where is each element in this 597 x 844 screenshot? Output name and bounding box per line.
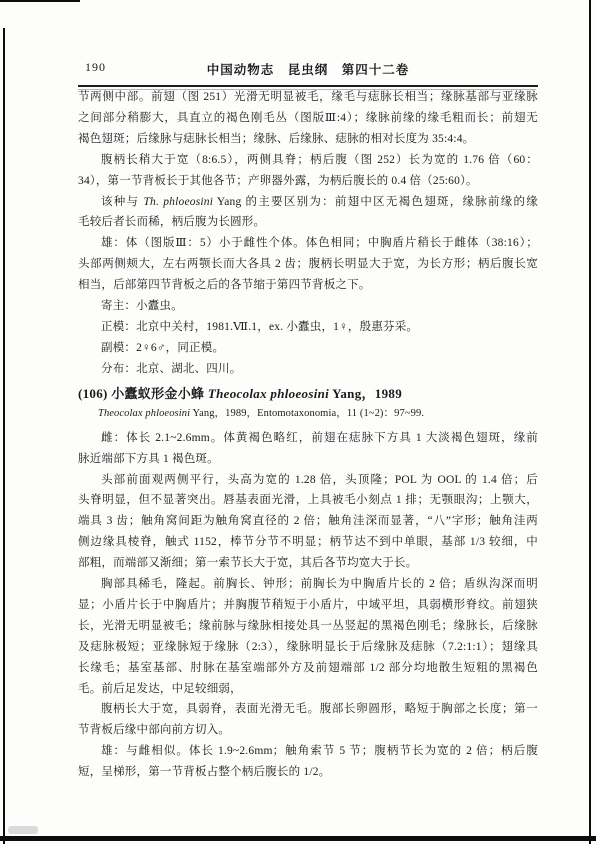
text-line: 褐色翅斑；后缘脉与痣脉长相当；缘脉、后缘脉、痣脉的相对长度为 35:4:4。 xyxy=(78,129,538,150)
text-line: 正模：北京中关村，1981.Ⅶ.1，ex. 小蠹虫，1♀，殷惠芬采。 xyxy=(78,317,538,338)
text-line: 该种与 Th. phloeosini Yang 的主要区别为：前翅中区无褐色翅斑… xyxy=(78,192,538,213)
species-name-italic: Th. phloeosini xyxy=(143,196,213,208)
scan-border-left xyxy=(3,28,5,844)
page-header: 190 中国动物志 昆虫纲 第四十二卷 xyxy=(78,58,538,80)
text-line: 34），第一节背板长于其他各节；产卵器外露，为柄后腹长的 0.4 倍（25:60… xyxy=(78,171,538,192)
text-line: 显；小盾片长于中胸盾片；并胸腹节稍短于小盾片，中域平坦，具弱横形脊纹。前翅狭 xyxy=(78,595,538,616)
text-line: 腹柄长稍大于宽（8:6.5），两侧具脊；柄后腹（图 252）长为宽的 1.76 … xyxy=(78,150,538,171)
text-line: 腹柄长大于宽，具弱脊，表面光滑无毛。腹部长卵圆形，略短于胸部之长度；第一 xyxy=(78,699,538,720)
running-title: 中国动物志 昆虫纲 第四十二卷 xyxy=(78,60,538,78)
text-line: 节两侧中部。前翅（图 251）光滑无明显被毛，缘毛与痣脉长相当；缘脉基部与亚缘脉 xyxy=(78,87,538,108)
text-line: 长缘毛；基室基部、肘脉在基室端部外方及前翅端部 1/2 部分均地散生短粗的黑褐色 xyxy=(78,658,538,679)
text-line: 雄：与雌相似。体长 1.9~2.6mm；触角索节 5 节；腹柄节长为宽的 2 倍… xyxy=(78,741,538,762)
species-name-italic: Theocolax phloeosini xyxy=(208,386,329,401)
scan-border-right xyxy=(589,0,591,844)
text-line: 相当，后部第四节背板之后的各节缩于第四节背板之下。 xyxy=(78,275,538,296)
text-line: 雌：体长 2.1~2.6mm。体黄褐色略红，前翅在痣脉下方具 1 大淡褐色翅斑，… xyxy=(78,428,538,449)
text-line: 头脊明显，但不显著突出。唇基表面光滑，上具被毛小刻点 1 排；无颚眼沟；上颚大， xyxy=(78,490,538,511)
text-line: 毛较后者长而稀，柄后腹为长圆形。 xyxy=(78,212,538,233)
text-segment: 该种与 xyxy=(101,196,143,208)
scan-border-top-stub xyxy=(0,0,80,2)
text-line: 部粗，而端部又渐细；第一索节长大于宽，其后各节均宽大于长。 xyxy=(78,553,538,574)
text-line: 毛。前后足发达，中足较细弱， xyxy=(78,679,538,700)
text-line: 之间部分稍膨大，具直立的褐色刚毛丛（图版Ⅲ:4）；缘脉前缘的缘毛粗而长；前翅无 xyxy=(78,108,538,129)
text-line: 头部前面观两侧平行，头高为宽的 1.28 倍，头顶隆；POL 为 OOL 的 1… xyxy=(78,470,538,491)
scan-border-bottom xyxy=(0,836,596,841)
text-line: 头部两侧颊大，左右两颚长而大各具 2 齿；腹柄长明显大于宽，为长方形；柄后腹长宽 xyxy=(78,254,538,275)
text-line: 脉近端部下方具 1 褐色斑。 xyxy=(78,449,538,470)
text-line: 端具 3 齿；触角窝间距为触角窝直径的 2 倍；触角洼深而显著，“八”字形；触角… xyxy=(78,511,538,532)
species-name-italic: Theocolax phloeosini xyxy=(98,408,190,419)
text-line: 胸部具稀毛，隆起。前胸长、钟形；前胸长为中胸盾片长的 2 倍；盾纵沟深而明 xyxy=(78,574,538,595)
text-segment: Yang，1989 xyxy=(329,386,402,401)
text-line: 长，光滑无明显被毛；缘前脉与缘脉相接处具一丛竖起的黑褐色刚毛；缘脉长，后缘脉 xyxy=(78,616,538,637)
text-line: 节背板后缘中部向前方切入。 xyxy=(78,720,538,741)
text-segment: Yang，1989，Entomotaxonomia，11 (1~2)：97~99… xyxy=(190,408,424,419)
text-segment: (106) 小蠹蚁形金小蜂 xyxy=(78,386,208,401)
citation-line: Theocolax phloeosini Yang，1989，Entomotax… xyxy=(78,406,538,422)
scan-smudge xyxy=(8,826,38,834)
species-heading: (106) 小蠹蚁形金小蜂 Theocolax phloeosini Yang，… xyxy=(78,382,538,406)
body-text: 节两侧中部。前翅（图 251）光滑无明显被毛，缘毛与痣脉长相当；缘脉基部与亚缘脉… xyxy=(78,87,538,783)
text-line: 侧边缘具棱脊，触式 1152，棒节分节不明显；柄节达不到中单眼，基部 1/3 较… xyxy=(78,532,538,553)
text-segment: Yang 的主要区别为：前翅中区无褐色翅斑，缘脉前缘的缘 xyxy=(213,196,538,208)
text-line: 及痣脉极短；亚缘脉短于缘脉（2:3），缘脉明显长于后缘脉及痣脉（7.2:1:1）… xyxy=(78,637,538,658)
text-line: 分布：北京、湖北、四川。 xyxy=(78,359,538,380)
text-line: 短，呈梯形，第一节背板占整个柄后腹长的 1/2。 xyxy=(78,762,538,783)
text-line: 寄主：小蠹虫。 xyxy=(78,296,538,317)
text-line: 雄：体（图版Ⅲ：5）小于雌性个体。体色相同；中胸盾片稍长于雌体（38:16）； xyxy=(78,233,538,254)
text-line: 副模：2♀6♂，同正模。 xyxy=(78,338,538,359)
